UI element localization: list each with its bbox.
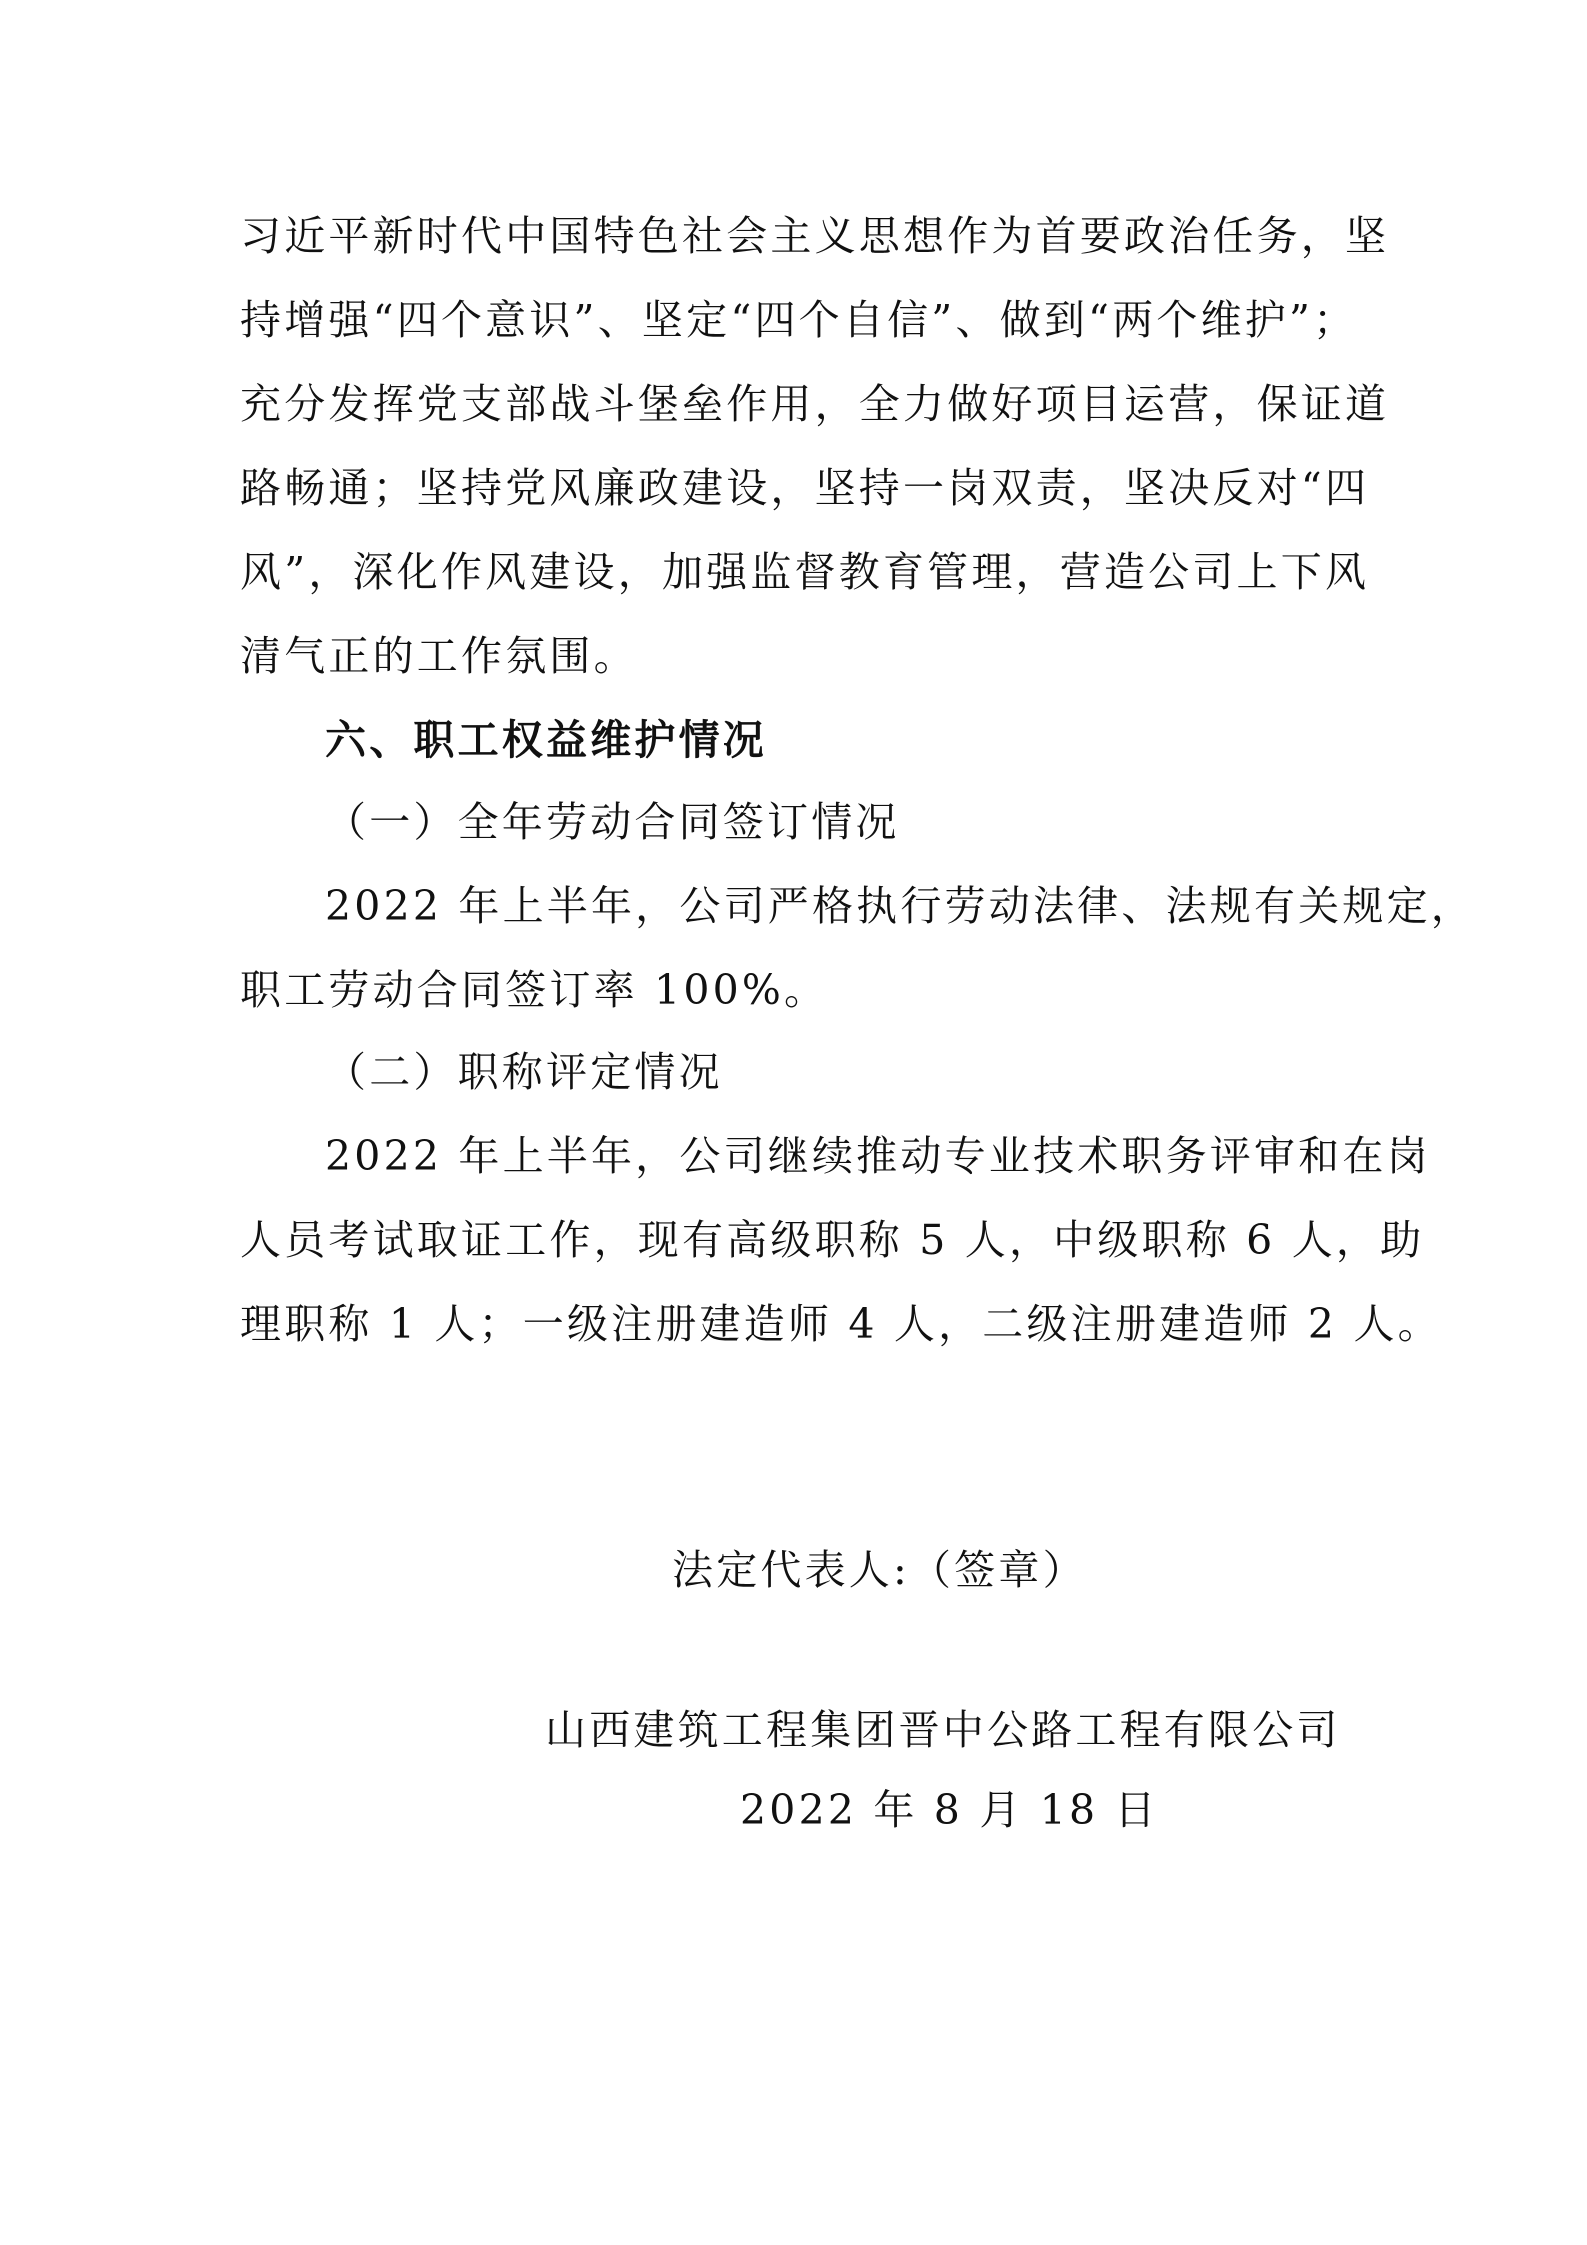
body-line: 人员考试取证工作，现有高级职称 5 人，中级职称 6 人，助 <box>240 1210 1350 1270</box>
body-line: 风”，深化作风建设，加强监督教育管理，营造公司上下风 <box>240 542 1350 602</box>
document-date: 2022 年 8 月 18 日 <box>740 1780 1159 1840</box>
section-heading: 六、职工权益维护情况 <box>325 710 767 770</box>
body-line: 2022 年上半年，公司严格执行劳动法律、法规有关规定， <box>325 876 1350 936</box>
body-line: 持增强“四个意识”、坚定“四个自信”、做到“两个维护”； <box>240 290 1350 350</box>
subsection-heading: （二）职称评定情况 <box>325 1042 723 1102</box>
company-name: 山西建筑工程集团晋中公路工程有限公司 <box>545 1700 1341 1760</box>
body-line: 职工劳动合同签订率 100%。 <box>240 960 828 1020</box>
legal-representative-signature: 法定代表人:（签章） <box>672 1540 1087 1600</box>
body-line: 习近平新时代中国特色社会主义思想作为首要政治任务，坚 <box>240 206 1350 266</box>
body-line: 清气正的工作氛围。 <box>240 626 638 686</box>
document-page: 习近平新时代中国特色社会主义思想作为首要政治任务，坚 持增强“四个意识”、坚定“… <box>0 0 1587 2245</box>
subsection-heading: （一）全年劳动合同签订情况 <box>325 792 900 852</box>
body-line: 2022 年上半年，公司继续推动专业技术职务评审和在岗 <box>325 1126 1350 1186</box>
body-line: 充分发挥党支部战斗堡垒作用，全力做好项目运营，保证道 <box>240 374 1350 434</box>
body-line: 路畅通；坚持党风廉政建设，坚持一岗双责，坚决反对“四 <box>240 458 1350 518</box>
body-line: 理职称 1 人；一级注册建造师 4 人，二级注册建造师 2 人。 <box>240 1294 1442 1354</box>
